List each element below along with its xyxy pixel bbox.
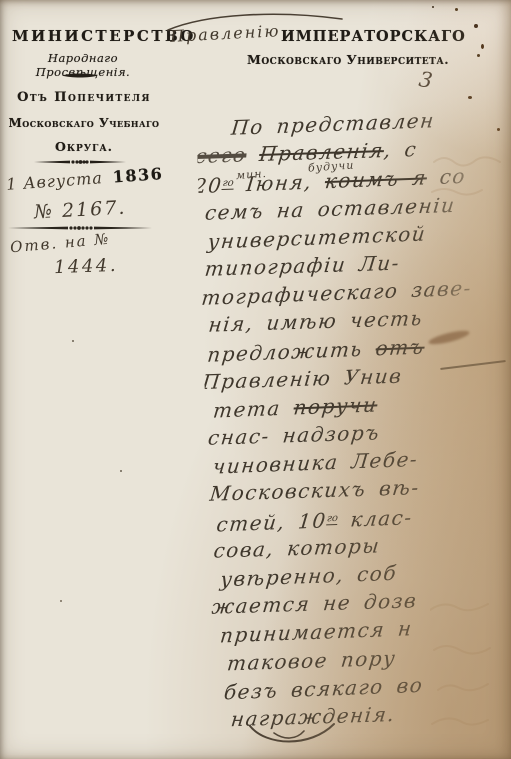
speck <box>455 8 458 11</box>
speck <box>497 128 500 131</box>
divider-small <box>62 72 98 79</box>
divider-ornate-lower <box>8 224 152 232</box>
manuscript-segment: принимается н <box>219 617 414 648</box>
manuscript-segment: сего <box>194 143 248 169</box>
closing-flourish <box>244 720 340 750</box>
manuscript-segment: типографіи Ли- <box>204 251 402 281</box>
date-handwritten: 1 Августа <box>6 168 104 194</box>
manuscript-segment: таковое пору <box>226 645 398 674</box>
manuscript-segment: стей, 10 <box>215 508 328 536</box>
manuscript-segment: сова, которы <box>212 533 381 562</box>
document-number: № 2167. <box>33 197 126 224</box>
manuscript-segment: Московскихъ вѣ- <box>209 476 421 507</box>
manuscript-body: По представленсего Правленія, с20го Іюня… <box>196 104 511 734</box>
trustee-line-1: Отъ Попечителя <box>8 90 160 105</box>
speck <box>60 600 62 602</box>
ministry-title: МИНИСТЕРСТВО <box>12 27 154 45</box>
reply-to-label: Отв. на № <box>9 230 111 257</box>
manuscript-segment: нія, имѣю честь <box>207 306 424 337</box>
page-number: 3 <box>417 67 434 93</box>
speck <box>432 6 434 8</box>
manuscript-segment: 20 <box>193 173 224 198</box>
speck <box>477 54 480 57</box>
speck <box>481 44 484 49</box>
reply-to-number: 1444. <box>54 255 119 278</box>
interlinear-insertion: мин. <box>236 167 268 182</box>
manuscript-segment: клас- <box>337 505 414 532</box>
addressee-printed-2: Московскаго Университета. <box>247 52 449 67</box>
speck <box>120 470 122 472</box>
manuscript-segment: предложить <box>206 336 377 366</box>
divider-ornate-upper <box>34 158 126 166</box>
manuscript-segment: тета <box>212 395 295 422</box>
manuscript-segment: , с <box>383 137 419 162</box>
date-line: 1 Августа 1836 <box>6 163 177 194</box>
document-page: МИНИСТЕРСТВО Народнаго Просвѣщенія. Отъ … <box>0 0 511 759</box>
speck <box>468 96 472 99</box>
manuscript-segment: со <box>426 164 468 190</box>
manuscript-segment: снас- надзоръ <box>207 420 382 449</box>
manuscript-segment: отъ <box>375 334 426 360</box>
year-printed: 1836 <box>108 164 164 187</box>
trustee-line-2: Московскаго Учебнаго <box>6 116 162 130</box>
speck <box>72 340 74 342</box>
trustee-line-3: Округа. <box>6 139 162 154</box>
manuscript-segment: поручи <box>293 392 379 419</box>
manuscript-segment: Правленію Унив <box>201 363 404 393</box>
speck <box>474 24 478 28</box>
